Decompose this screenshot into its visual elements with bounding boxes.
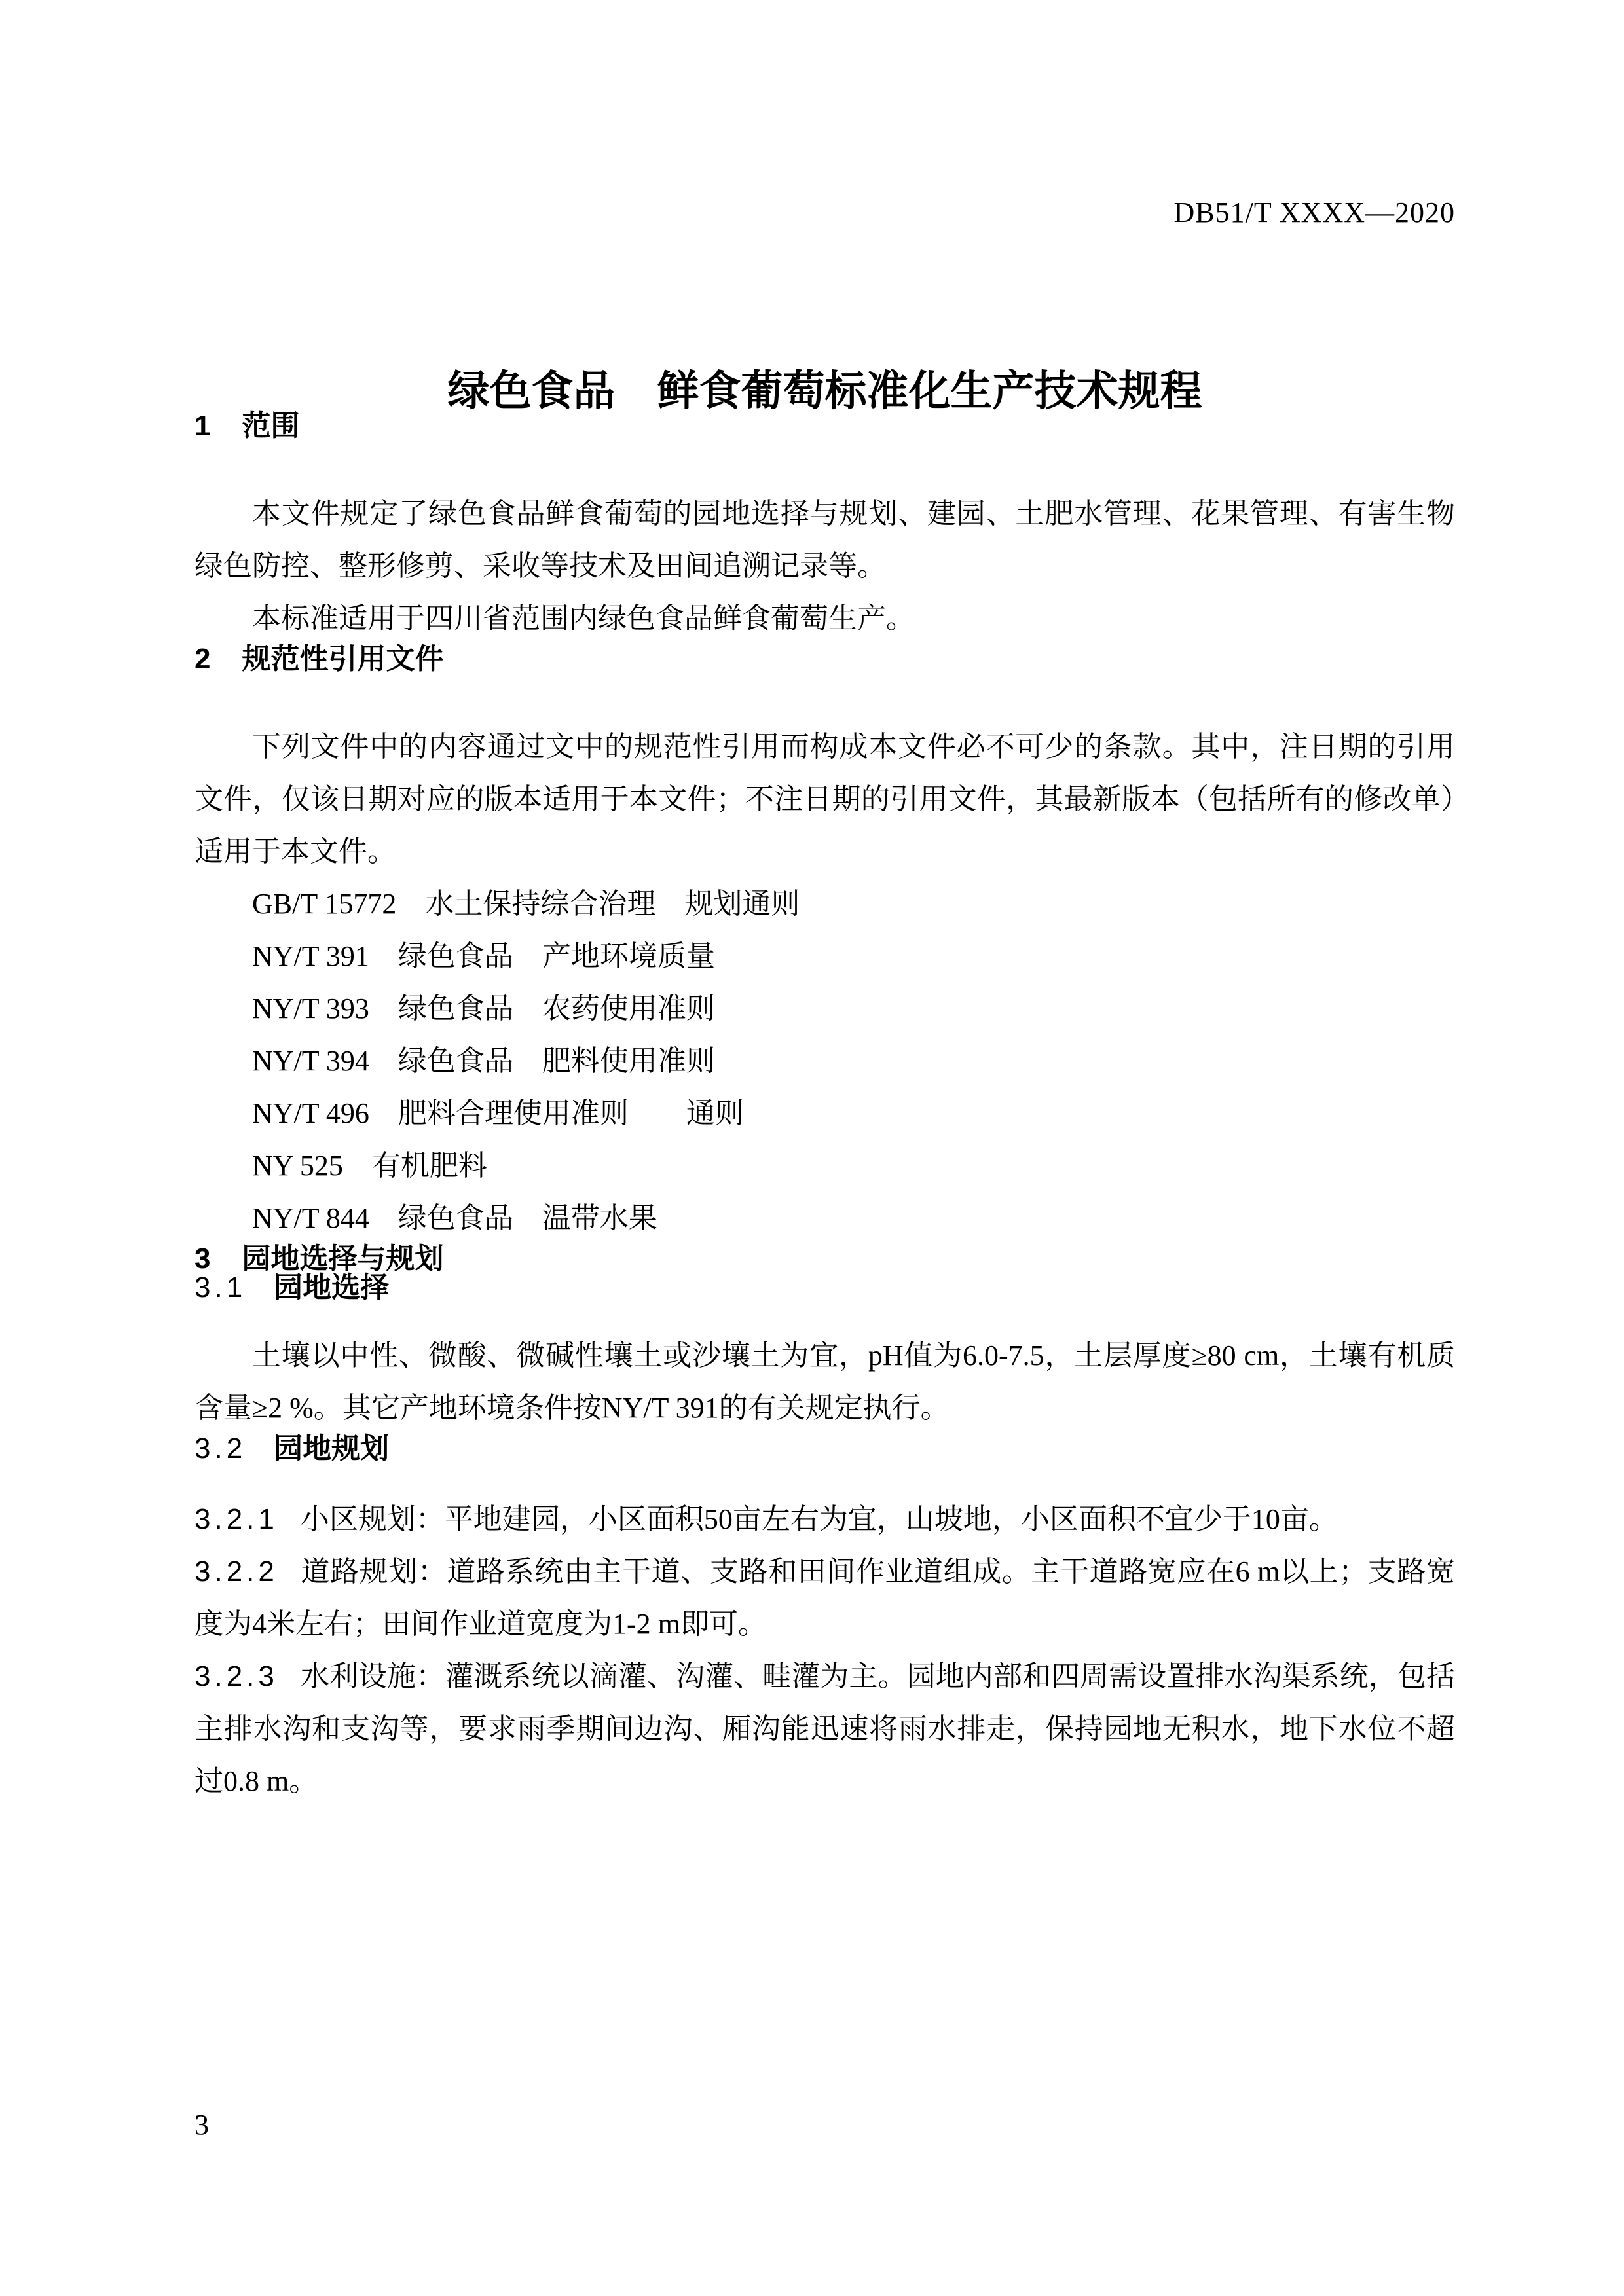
document-page: DB51/T XXXX—2020 绿色食品 鲜食葡萄标准化生产技术规程 1范围 … bbox=[0, 0, 1624, 2296]
section-3-heading-text: 园地选择与规划 bbox=[242, 1243, 443, 1275]
section-1-heading: 1范围 bbox=[194, 412, 1455, 441]
section-3-heading: 3园地选择与规划 bbox=[194, 1245, 1455, 1273]
clause-3-2-3-number: 3.2.3 bbox=[194, 1660, 278, 1692]
clause-3-2-1: 3.2.1小区规划：平地建园，小区面积50亩左右为宜，山坡地，小区面积不宜少于1… bbox=[194, 1493, 1455, 1546]
reference-item: GB/T 15772 水土保持综合治理 规划通则 bbox=[252, 878, 1455, 930]
clause-3-2-3: 3.2.3水利设施：灌溉系统以滴灌、沟灌、畦灌为主。园地内部和四周需设置排水沟渠… bbox=[194, 1650, 1455, 1808]
section-3-2-number: 3.2 bbox=[194, 1432, 246, 1465]
section-3-1-paragraph: 土壤以中性、微酸、微碱性壤土或沙壤土为宜，pH值为6.0-7.5，土层厚度≥80… bbox=[194, 1330, 1455, 1434]
reference-item: NY/T 394 绿色食品 肥料使用准则 bbox=[252, 1035, 1455, 1087]
section-3-number: 3 bbox=[194, 1243, 214, 1275]
section-3-1-heading: 3.1园地选择 bbox=[194, 1273, 1455, 1302]
section-1-heading-text: 范围 bbox=[242, 410, 299, 442]
section-1-paragraph-1: 本文件规定了绿色食品鲜食葡萄的园地选择与规划、建园、土肥水管理、花果管理、有害生… bbox=[194, 488, 1455, 592]
section-1-paragraph-2: 本标准适用于四川省范围内绿色食品鲜食葡萄生产。 bbox=[194, 592, 1455, 645]
reference-item: NY/T 844 绿色食品 温带水果 bbox=[252, 1192, 1455, 1245]
section-2-intro-paragraph: 下列文件中的内容通过文中的规范性引用而构成本文件必不可少的条款。其中，注日期的引… bbox=[194, 721, 1455, 878]
clause-3-2-1-text: 小区规划：平地建园，小区面积50亩左右为宜，山坡地，小区面积不宜少于10亩。 bbox=[301, 1503, 1338, 1535]
section-2-heading: 2规范性引用文件 bbox=[194, 645, 1455, 674]
section-3-1-number: 3.1 bbox=[194, 1271, 246, 1303]
section-1-number: 1 bbox=[194, 410, 214, 442]
clause-3-2-2-text: 道路规划：道路系统由主干道、支路和田间作业道组成。主干道路宽应在6 m以上；支路… bbox=[194, 1556, 1455, 1640]
reference-item: NY/T 496 肥料合理使用准则 通则 bbox=[252, 1087, 1455, 1140]
normative-references-list: GB/T 15772 水土保持综合治理 规划通则 NY/T 391 绿色食品 产… bbox=[194, 878, 1455, 1245]
clause-3-2-3-text: 水利设施：灌溉系统以滴灌、沟灌、畦灌为主。园地内部和四周需设置排水沟渠系统，包括… bbox=[194, 1660, 1455, 1797]
clause-3-2-1-number: 3.2.1 bbox=[194, 1503, 278, 1535]
section-3-2-heading: 3.2园地规划 bbox=[194, 1434, 1455, 1463]
standard-code-header: DB51/T XXXX—2020 bbox=[194, 198, 1455, 227]
section-2-heading-text: 规范性引用文件 bbox=[242, 643, 443, 675]
page-number: 3 bbox=[194, 2111, 209, 2140]
reference-item: NY/T 391 绿色食品 产地环境质量 bbox=[252, 930, 1455, 983]
document-title: 绿色食品 鲜食葡萄标准化生产技术规程 bbox=[194, 370, 1455, 412]
clause-3-2-2: 3.2.2道路规划：道路系统由主干道、支路和田间作业道组成。主干道路宽应在6 m… bbox=[194, 1546, 1455, 1650]
clause-3-2-2-number: 3.2.2 bbox=[194, 1556, 278, 1588]
reference-item: NY/T 393 绿色食品 农药使用准则 bbox=[252, 983, 1455, 1035]
reference-item: NY 525 有机肥料 bbox=[252, 1140, 1455, 1192]
section-3-2-heading-text: 园地规划 bbox=[274, 1432, 389, 1465]
section-2-number: 2 bbox=[194, 643, 214, 675]
section-3-1-heading-text: 园地选择 bbox=[274, 1271, 389, 1303]
